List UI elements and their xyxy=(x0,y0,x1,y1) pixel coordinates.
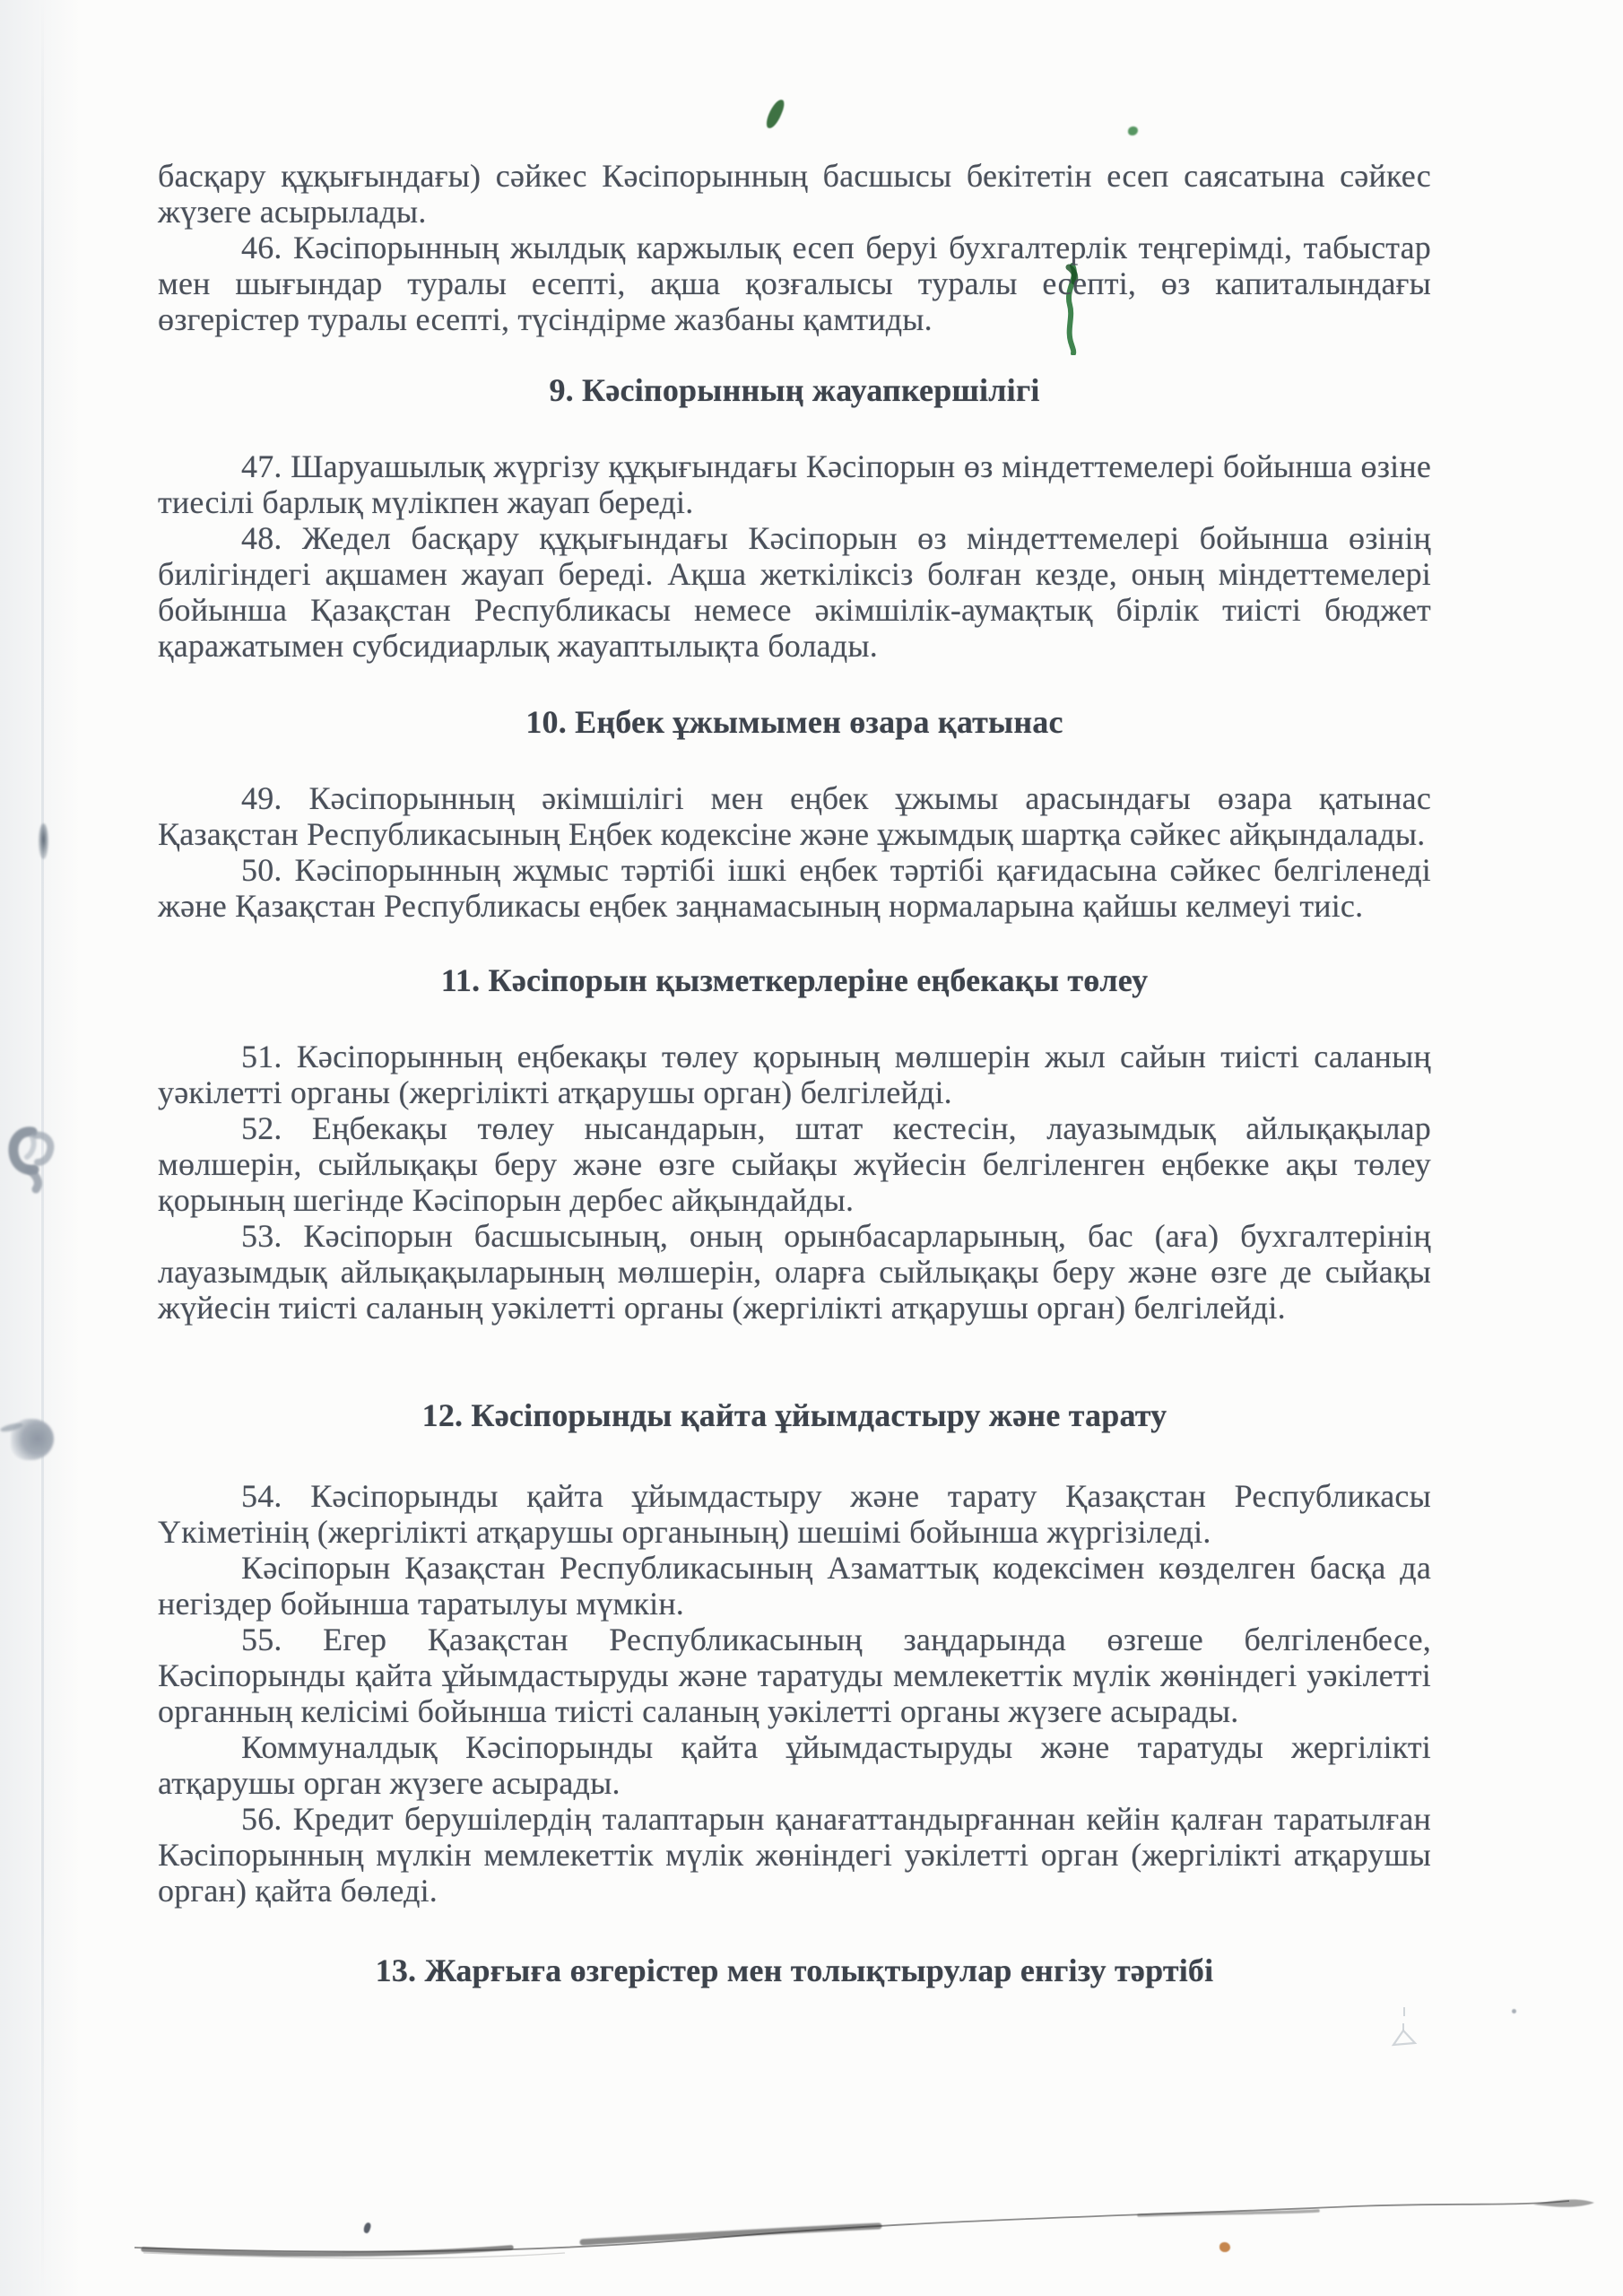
paragraph-53: 53. Кәсіпорын басшысының, оның орынбасар… xyxy=(158,1218,1431,1326)
section-9-heading: 9. Кәсіпорынның жауапкершілігі xyxy=(158,372,1431,408)
paragraph-48: 48. Жедел басқару құқығындағы Кәсіпорын … xyxy=(158,520,1431,664)
green-ink-mark-right xyxy=(1128,126,1138,135)
tiny-dot-speck xyxy=(1512,2009,1516,2013)
paragraph-54-continuation: Кәсіпорын Қазақстан Республикасының Азам… xyxy=(158,1550,1431,1622)
section-11-heading: 11. Кәсіпорын қызметкерлеріне еңбекақы т… xyxy=(158,962,1431,998)
paragraph-47: 47. Шаруашылық жүргізу құқығындағы Кәсіп… xyxy=(158,448,1431,520)
paragraph-56: 56. Кредит берушілердің талаптарын қанағ… xyxy=(158,1801,1431,1909)
paragraph-46: 46. Кәсіпорынның жылдық каржылық есеп бе… xyxy=(158,230,1431,337)
paragraph-50: 50. Кәсіпорынның жұмыс тәртібі ішкі еңбе… xyxy=(158,852,1431,924)
scanned-document-page: басқару құқығындағы) сәйкес Кәсіпорынның… xyxy=(0,0,1623,2296)
paragraph-49: 49. Кәсіпорынның әкімшілігі мен еңбек ұж… xyxy=(158,780,1431,852)
fold-smudge-mark xyxy=(39,823,48,859)
paragraph-continuation: басқару құқығындағы) сәйкес Кәсіпорынның… xyxy=(158,158,1431,230)
paragraph-54: 54. Кәсіпорынды қайта ұйымдастыру және т… xyxy=(158,1478,1431,1550)
document-text-block: басқару құқығындағы) сәйкес Кәсіпорынның… xyxy=(158,158,1431,1988)
triangle-smudge xyxy=(1388,2005,1420,2052)
orange-speck xyxy=(1219,2242,1230,2252)
section-12-heading: 12. Кәсіпорынды қайта ұйымдастыру және т… xyxy=(158,1397,1431,1433)
section-10-heading: 10. Еңбек ұжымымен өзара қатынас xyxy=(158,704,1431,740)
paragraph-52: 52. Еңбекақы төлеу нысандарын, штат кест… xyxy=(158,1110,1431,1218)
green-ink-mark-left xyxy=(764,99,786,130)
paragraph-55: 55. Егер Қазақстан Республикасының заңда… xyxy=(158,1622,1431,1729)
paragraph-55-continuation: Коммуналдық Кәсіпорынды қайта ұйымдастыр… xyxy=(158,1729,1431,1801)
punch-hole-mark-upper xyxy=(5,1123,61,1196)
paragraph-51: 51. Кәсіпорынның еңбекақы төлеу қорының … xyxy=(158,1039,1431,1110)
section-13-heading: 13. Жарғыға өзгерістер мен толықтырулар … xyxy=(158,1952,1431,1988)
scan-crease-line xyxy=(81,2178,1605,2276)
